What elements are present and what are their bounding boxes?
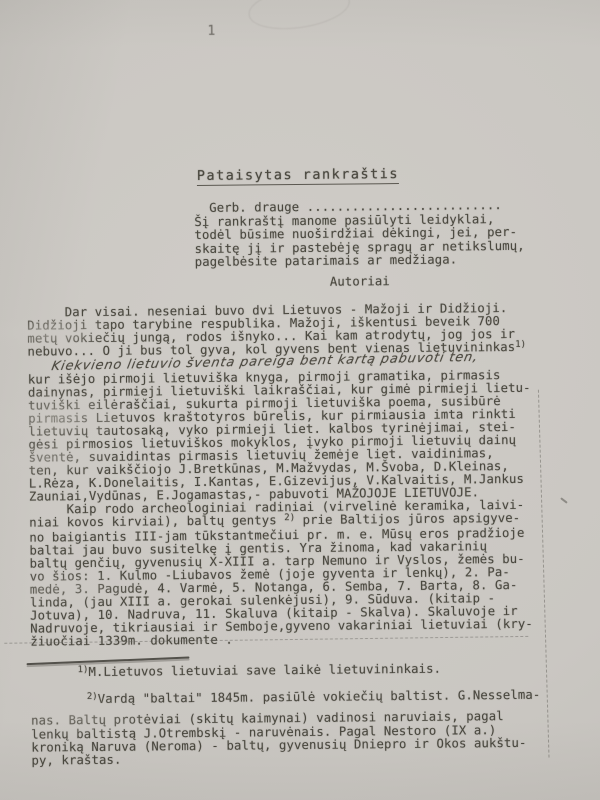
footnote-1-text: M.Lietuvos lietuviai save laikė lietuvin… bbox=[88, 662, 441, 679]
footnote-2-text: Vardą "baltai" 1845m. pasiūlė vokiečių b… bbox=[98, 688, 541, 706]
footnotes: 1)M.Lietuvos lietuviai save laikė lietuv… bbox=[31, 661, 572, 767]
paragraph-1-rest: kur išėjo pirmoji lietuviška knyga, pirm… bbox=[28, 368, 569, 503]
page-number: 1 bbox=[207, 25, 215, 38]
footnote-ref-2: 2) bbox=[284, 513, 295, 523]
footnote-2-marker: 2) bbox=[87, 692, 98, 702]
footnote-2-continuation: nas. Baltų protėviai (skitų kaimynai) va… bbox=[31, 710, 571, 768]
footnote-2-first-line: 2)Vardą "baltai" 1845m. pasiūlė vokiečių… bbox=[31, 689, 571, 709]
text-segment: prie Baltijos jūros apsigyve- bbox=[295, 511, 520, 527]
greeting-block: Gerb. drauge .......................... … bbox=[194, 199, 545, 270]
document-title: Pataisytas rankraštis bbox=[197, 167, 399, 186]
author-signature: Autoriai bbox=[330, 275, 390, 289]
smudge-mark bbox=[246, 0, 352, 35]
paragraph-1-start: Dar visai. neseniai buvo dvi Lietuvos - … bbox=[27, 301, 567, 345]
footnote-1-marker: 1) bbox=[78, 665, 89, 675]
document-photo: 1 Pataisytas rankraštis Gerb. drauge ...… bbox=[0, 0, 600, 800]
document-page: 1 Pataisytas rankraštis Gerb. drauge ...… bbox=[0, 0, 600, 800]
footnote-1: 1)M.Lietuvos lietuviai save laikė lietuv… bbox=[31, 661, 571, 681]
paragraph-2-rest: no baigiantis III-jam tūkstantmečiui pr.… bbox=[29, 526, 570, 648]
footnote-ref-1: 1) bbox=[515, 340, 526, 350]
text-segment: niai kovos kirviai), baltų gentys bbox=[29, 513, 284, 529]
body-text: Dar visai. neseniai buvo dvi Lietuvos - … bbox=[27, 301, 570, 648]
